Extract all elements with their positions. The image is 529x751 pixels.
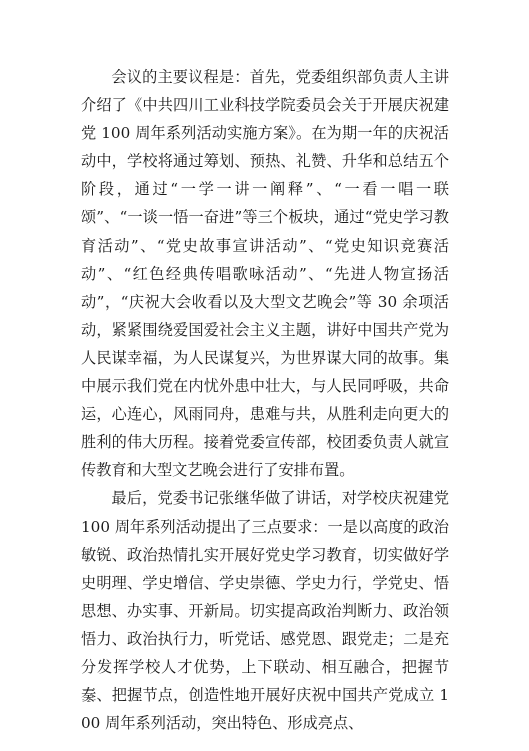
paragraph-meeting-agenda: 会议的主要议程是：首先，党委组织部负责人主讲介绍了《中共四川工业科技学院委员会关… — [81, 63, 449, 484]
document-body: 会议的主要议程是：首先，党委组织部负责人主讲介绍了《中共四川工业科技学院委员会关… — [81, 63, 449, 737]
document-page: 会议的主要议程是：首先，党委组织部负责人主讲介绍了《中共四川工业科技学院委员会关… — [0, 0, 529, 751]
page-number: - 2 - — [82, 696, 96, 704]
paragraph-secretary-speech: 最后，党委书记张继华做了讲话，对学校庆祝建党 100 周年系列活动提出了三点要求… — [81, 484, 449, 737]
